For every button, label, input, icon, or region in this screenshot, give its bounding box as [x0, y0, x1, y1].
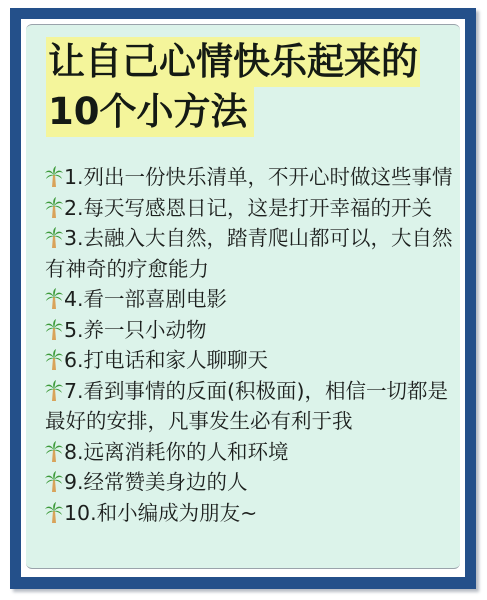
list-item-continuation: 最好的安排，凡事发生必有利于我 [45, 406, 452, 437]
list-item: 7.看到事情的反面(积极面)，相信一切都是 [45, 376, 452, 407]
palm-tree-icon [45, 502, 63, 524]
list-item: 6.打电话和家人聊聊天 [45, 345, 452, 376]
item-text: 3.去融入大自然，踏青爬山都可以，大自然 [64, 226, 453, 250]
title-line-2: 10个小方法 [46, 87, 254, 137]
palm-tree-icon [45, 349, 63, 371]
list-item-continuation: 有神奇的疗愈能力 [45, 254, 452, 285]
item-text: 最好的安排，凡事发生必有利于我 [45, 409, 353, 433]
tips-list: 1.列出一份快乐清单，不开心时做这些事情 2.每天写感恩日记，这是打开幸福的开关… [45, 162, 452, 528]
list-item: 1.列出一份快乐清单，不开心时做这些事情 [45, 162, 452, 193]
item-text: 6.打电话和家人聊聊天 [64, 348, 268, 372]
item-text: 9.经常赞美身边的人 [64, 470, 248, 494]
item-text: 2.每天写感恩日记，这是打开幸福的开关 [64, 196, 432, 220]
list-item: 9.经常赞美身边的人 [45, 467, 452, 498]
palm-tree-icon [45, 441, 63, 463]
palm-tree-icon [45, 471, 63, 493]
list-item: 3.去融入大自然，踏青爬山都可以，大自然 [45, 223, 452, 254]
palm-tree-icon [45, 319, 63, 341]
palm-tree-icon [45, 197, 63, 219]
item-text: 有神奇的疗愈能力 [45, 257, 209, 281]
palm-tree-icon [45, 288, 63, 310]
item-text: 7.看到事情的反面(积极面)，相信一切都是 [64, 379, 448, 403]
item-text: 5.养一只小动物 [64, 318, 207, 342]
list-item: 10.和小编成为朋友~ [45, 498, 452, 529]
list-item: 8.远离消耗你的人和环境 [45, 437, 452, 468]
inner-margin: 让自己心情快乐起来的 10个小方法 1.列出一份快乐清单，不开心时做这些事情 2… [21, 19, 465, 577]
item-text: 10.和小编成为朋友~ [64, 501, 257, 525]
item-text: 8.远离消耗你的人和环境 [64, 440, 289, 464]
list-item: 2.每天写感恩日记，这是打开幸福的开关 [45, 193, 452, 224]
palm-tree-icon [45, 380, 63, 402]
item-text: 4.看一部喜剧电影 [64, 287, 227, 311]
content-card: 让自己心情快乐起来的 10个小方法 1.列出一份快乐清单，不开心时做这些事情 2… [26, 24, 460, 569]
page-title: 让自己心情快乐起来的 10个小方法 [46, 37, 420, 137]
list-item: 4.看一部喜剧电影 [45, 284, 452, 315]
list-item: 5.养一只小动物 [45, 315, 452, 346]
title-line-1: 让自己心情快乐起来的 [46, 37, 420, 87]
palm-tree-icon [45, 166, 63, 188]
outer-frame: 让自己心情快乐起来的 10个小方法 1.列出一份快乐清单，不开心时做这些事情 2… [10, 8, 476, 589]
palm-tree-icon [45, 227, 63, 249]
item-text: 1.列出一份快乐清单，不开心时做这些事情 [64, 165, 453, 189]
